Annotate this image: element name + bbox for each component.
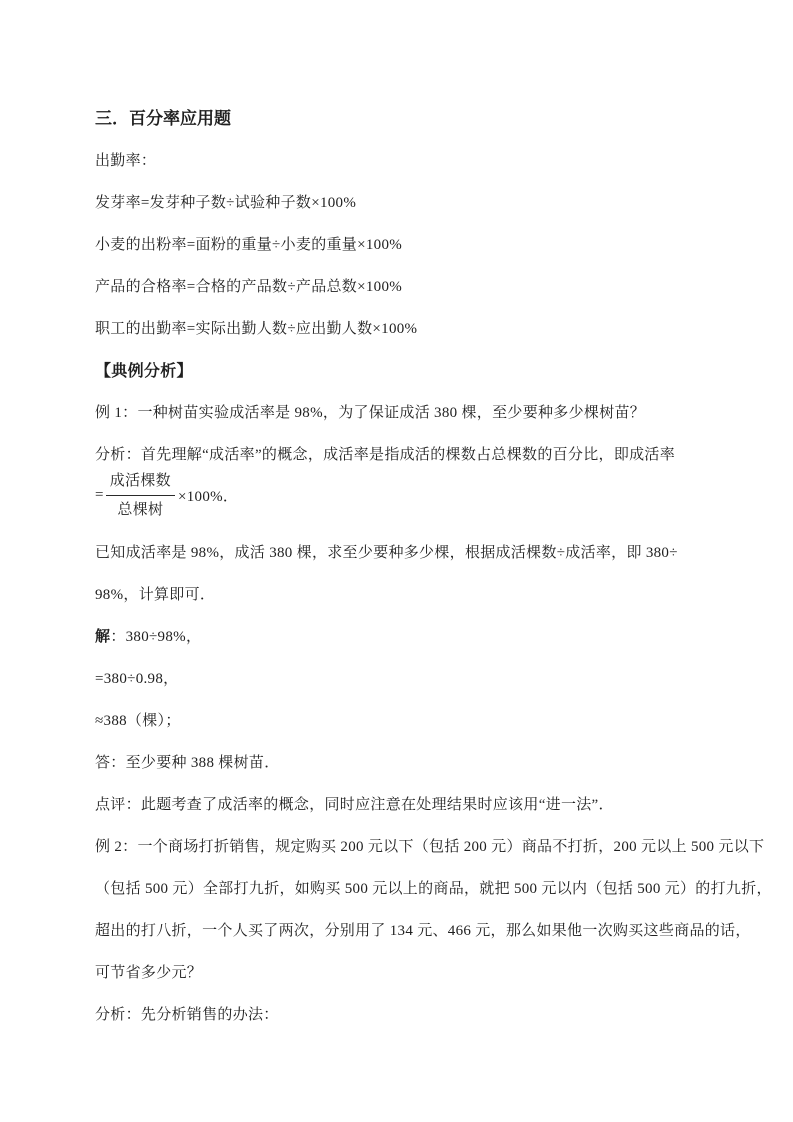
example1-given-line1: 已知成活率是 98%，成活 380 棵，求至少要种多少棵，根据成活棵数÷成活率，… bbox=[95, 543, 723, 564]
fraction-denominator: 总棵树 bbox=[113, 496, 167, 521]
example2-analysis: 分析：先分析销售的办法： bbox=[95, 1005, 723, 1026]
equals-sign: = bbox=[95, 487, 104, 504]
solve-label: 解 bbox=[95, 629, 110, 645]
example1-survival-rate-formula: = 成活棵数 总棵树 ×100%． bbox=[95, 468, 723, 522]
example2-question-line3: 超出的打八折，一个人买了两次，分别用了 134 元、466 元，那么如果他一次购… bbox=[95, 921, 723, 942]
example1-given-line2: 98%，计算即可． bbox=[95, 585, 723, 606]
attendance-rate-label: 出勤率： bbox=[95, 151, 723, 172]
example1-answer: 答：至少要种 388 棵树苗． bbox=[95, 753, 723, 774]
page-title: 三．百分率应用题 bbox=[95, 108, 723, 130]
formula-flour-yield-rate: 小麦的出粉率=面粉的重量÷小麦的重量×100% bbox=[95, 235, 723, 256]
fraction: 成活棵数 总棵树 bbox=[106, 470, 175, 521]
example2-question-line2: （包括 500 元）全部打九折，如购买 500 元以上的商品，就把 500 元以… bbox=[95, 879, 723, 900]
example1-solution-step3: ≈388（棵）； bbox=[95, 711, 723, 732]
example1-review: 点评：此题考查了成活率的概念，同时应注意在处理结果时应该用“进一法”． bbox=[95, 795, 723, 816]
example1-solution-step1: 解：380÷98%， bbox=[95, 627, 723, 648]
example2-question-line1: 例 2：一个商场打折销售，规定购买 200 元以下（包括 200 元）商品不打折… bbox=[95, 837, 723, 858]
example1-analysis: 分析：首先理解“成活率”的概念，成活率是指成活的棵数占总棵数的百分比，即成活率 bbox=[95, 445, 723, 466]
fraction-numerator: 成活棵数 bbox=[106, 470, 175, 496]
formula-germination-rate: 发芽率=发芽种子数÷试验种子数×100% bbox=[95, 193, 723, 214]
example1-solution-step2: =380÷0.98， bbox=[95, 669, 723, 690]
fraction-suffix: ×100%． bbox=[178, 485, 238, 506]
section-title-typical-examples: 【典例分析】 bbox=[95, 361, 723, 382]
example1-question: 例 1：一种树苗实验成活率是 98%，为了保证成活 380 棵，至少要种多少棵树… bbox=[95, 403, 723, 424]
solve-expression: ：380÷98%， bbox=[110, 629, 201, 645]
formula-attendance-rate: 职工的出勤率=实际出勤人数÷应出勤人数×100% bbox=[95, 319, 723, 340]
document-page: 三．百分率应用题 出勤率： 发芽率=发芽种子数÷试验种子数×100% 小麦的出粉… bbox=[0, 0, 793, 1122]
example2-question-line4: 可节省多少元？ bbox=[95, 963, 723, 984]
formula-qualified-rate: 产品的合格率=合格的产品数÷产品总数×100% bbox=[95, 277, 723, 298]
